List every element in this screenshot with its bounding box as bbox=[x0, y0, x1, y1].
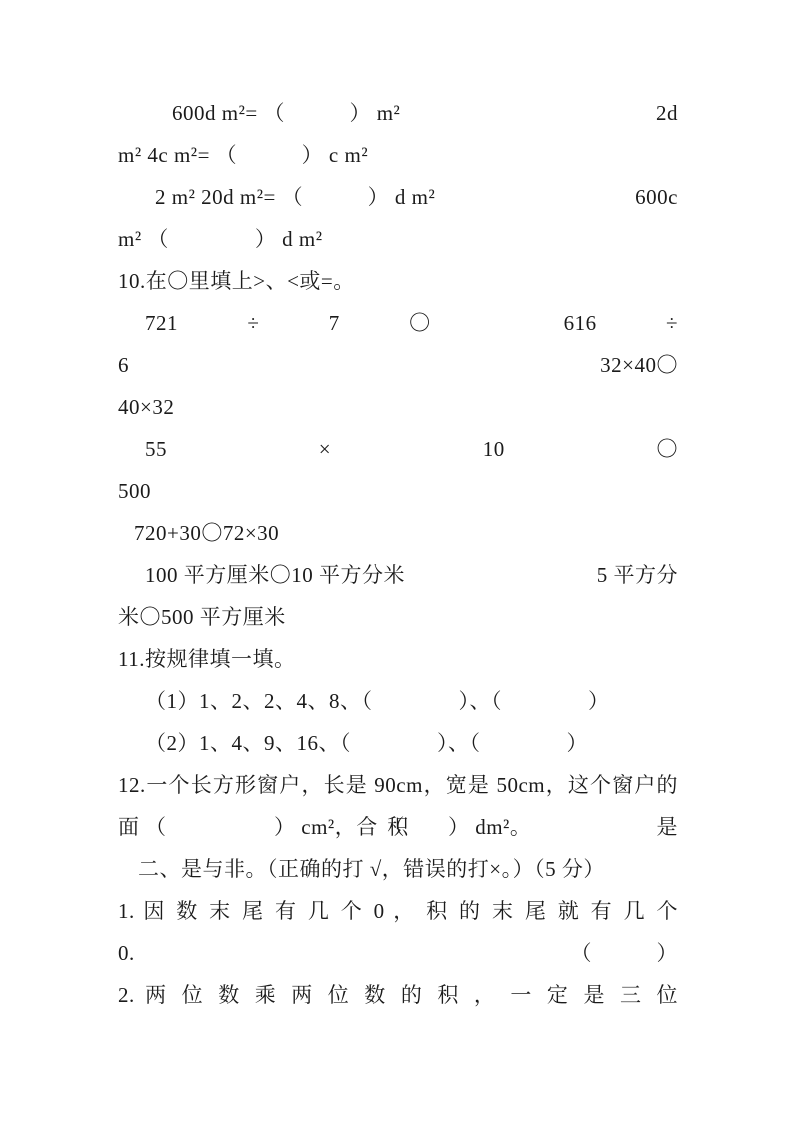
conversion-expression-wrap: 600c bbox=[635, 176, 678, 218]
compare-expression: 5 平方分 bbox=[597, 554, 678, 596]
conversion-expression: 600d m²= （ ） m² bbox=[172, 92, 400, 134]
question-10-item-3: 55 × 10 〇 bbox=[118, 428, 678, 470]
tf-question-1-end: 0. bbox=[118, 932, 135, 974]
question-10-item-5-wrap: 米〇500 平方厘米 bbox=[118, 596, 678, 638]
question-11-item-2: （2）1、4、9、16、（ ）、（ ） bbox=[118, 722, 678, 764]
question-11-prompt: 11.按规律填一填。 bbox=[118, 638, 678, 680]
conversion-expression-wrap: 2d bbox=[656, 92, 678, 134]
question-10-item-2-wrap: 40×32 bbox=[118, 386, 678, 428]
conversion-expression: 2 m² 20d m²= （ ） d m² bbox=[155, 176, 435, 218]
tf-question-2-line-1: 2. 两 位 数 乘 两 位 数 的 积 ， 一 定 是 三 位 bbox=[118, 974, 678, 1016]
section-2-heading: 二、是与非。（正确的打 √，错误的打×。）（5 分） bbox=[118, 848, 678, 890]
unit-conversion-line-4: m² （ ） d m² bbox=[118, 218, 678, 260]
compare-expression: 100 平方厘米〇10 平方分米 bbox=[145, 554, 405, 596]
question-10-item-3-wrap: 500 bbox=[118, 470, 678, 512]
answer-blank-parens: （ ） bbox=[571, 932, 679, 974]
question-11-item-1: （1）1、2、2、4、8、（ ）、（ ） bbox=[118, 680, 678, 722]
unit-conversion-line-1: 600d m²= （ ） m² 2d bbox=[118, 92, 678, 134]
unit-conversion-line-2: m² 4c m²= （ ） c m² bbox=[118, 134, 678, 176]
question-10-item-1: 721 ÷ 7 〇 616 ÷ bbox=[118, 302, 678, 344]
question-10-prompt: 10.在〇里填上>、<或=。 bbox=[118, 260, 678, 302]
unit-conversion-line-3: 2 m² 20d m²= （ ） d m² 600c bbox=[118, 176, 678, 218]
worksheet-page: 600d m²= （ ） m² 2d m² 4c m²= （ ） c m² 2 … bbox=[118, 92, 678, 1016]
question-10-item-5: 100 平方厘米〇10 平方分米 5 平方分 bbox=[118, 554, 678, 596]
question-12-line-1: 12.一个长方形窗户，长是 90cm，宽是 50cm，这个窗户的面积是 bbox=[118, 764, 678, 806]
tf-question-1-line-1: 1. 因 数 末 尾 有 几 个 0 ， 积 的 末 尾 就 有 几 个 bbox=[118, 890, 678, 932]
compare-expression: 6 bbox=[118, 344, 129, 386]
question-10-item-1-wrap: 6 32×40〇 bbox=[118, 344, 678, 386]
question-10-item-4: 720+30〇72×30 bbox=[118, 512, 678, 554]
tf-question-1-line-2: 0. （ ） bbox=[118, 932, 678, 974]
compare-expression: 32×40〇 bbox=[600, 344, 678, 386]
